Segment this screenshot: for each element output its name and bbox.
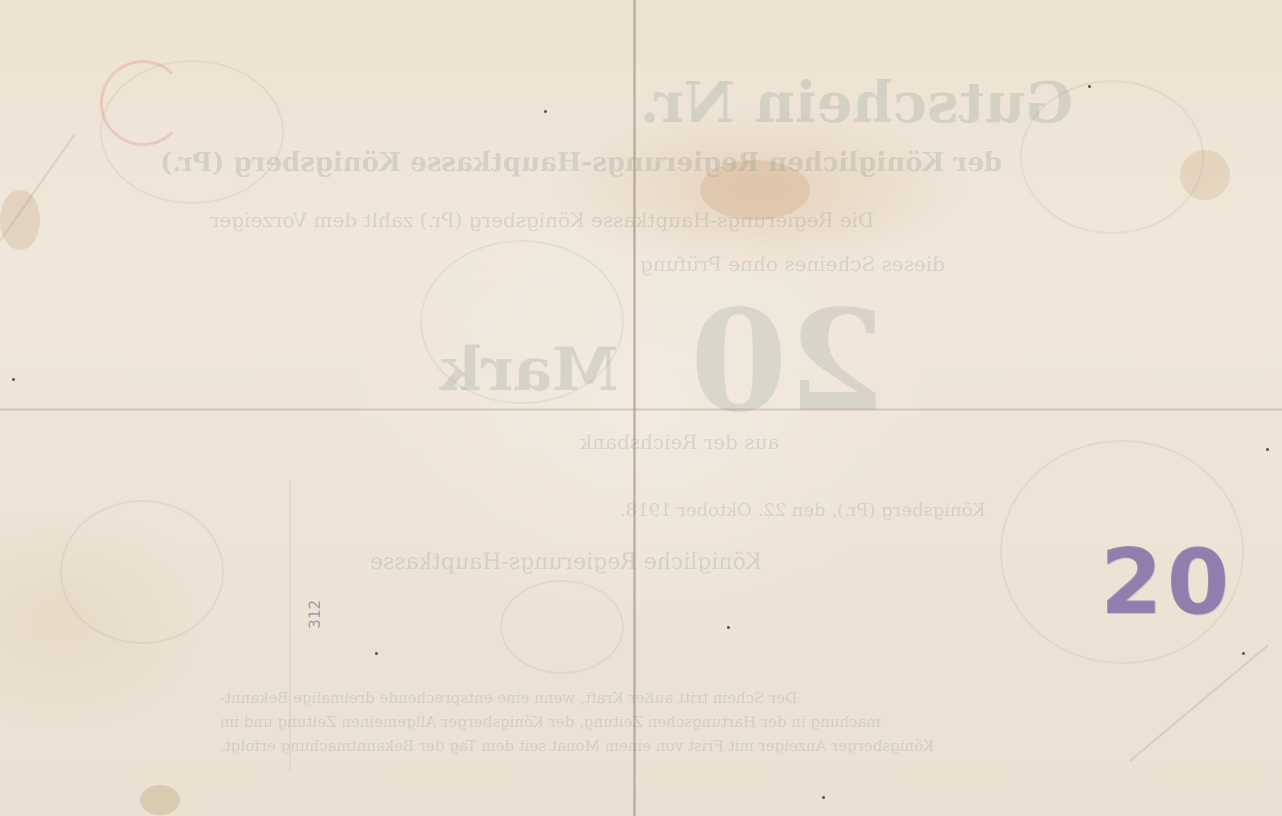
speck — [375, 652, 378, 655]
banknote-reverse: Gutschein Nr. der Königlichen Regierungs… — [0, 0, 1282, 816]
show-through-denomination: 20 — [690, 280, 885, 444]
speck — [12, 378, 15, 381]
purple-denomination-stamp: 20 — [1100, 530, 1233, 635]
show-through-line: Die Regierungs-Hauptkasse Königsberg (Pr… — [210, 208, 874, 232]
speck — [822, 796, 825, 799]
show-through-title: Gutschein Nr. — [640, 70, 1073, 136]
show-through-issuer: der Königlichen Regierungs-Hauptkasse Kö… — [160, 148, 1002, 178]
stain — [0, 190, 40, 250]
serial-stamp: 312 — [305, 600, 324, 629]
show-through-date-line: Königsberg (Pr.), den 22. Oktober 1918. — [620, 500, 985, 521]
speck — [544, 110, 547, 113]
show-through-footer-line: Königsberger Anzeiger mit Frist von eine… — [220, 734, 934, 758]
crease — [1129, 645, 1268, 762]
crease — [289, 481, 291, 771]
speck — [727, 626, 730, 629]
show-through-line: dieses Scheines ohne Prüfung — [640, 252, 945, 276]
stain — [140, 785, 180, 815]
show-through-footer-line: machung in der Hartungschen Zeitung, der… — [220, 710, 881, 734]
ornament-circle — [500, 580, 624, 674]
speck — [1088, 85, 1091, 88]
ornament-circle — [60, 500, 224, 644]
show-through-signature-line: Königliche Regierungs-Hauptkasse — [370, 550, 762, 575]
show-through-line: aus der Reichsbank — [580, 430, 779, 454]
speck — [1266, 448, 1269, 451]
red-stamp-mark — [100, 60, 186, 146]
show-through-unit: Mark — [440, 335, 618, 405]
horizontal-fold-line — [0, 408, 1282, 411]
speck — [1242, 652, 1245, 655]
show-through-footer-line: Der Schein tritt außer Kraft, wenn eine … — [220, 686, 797, 710]
